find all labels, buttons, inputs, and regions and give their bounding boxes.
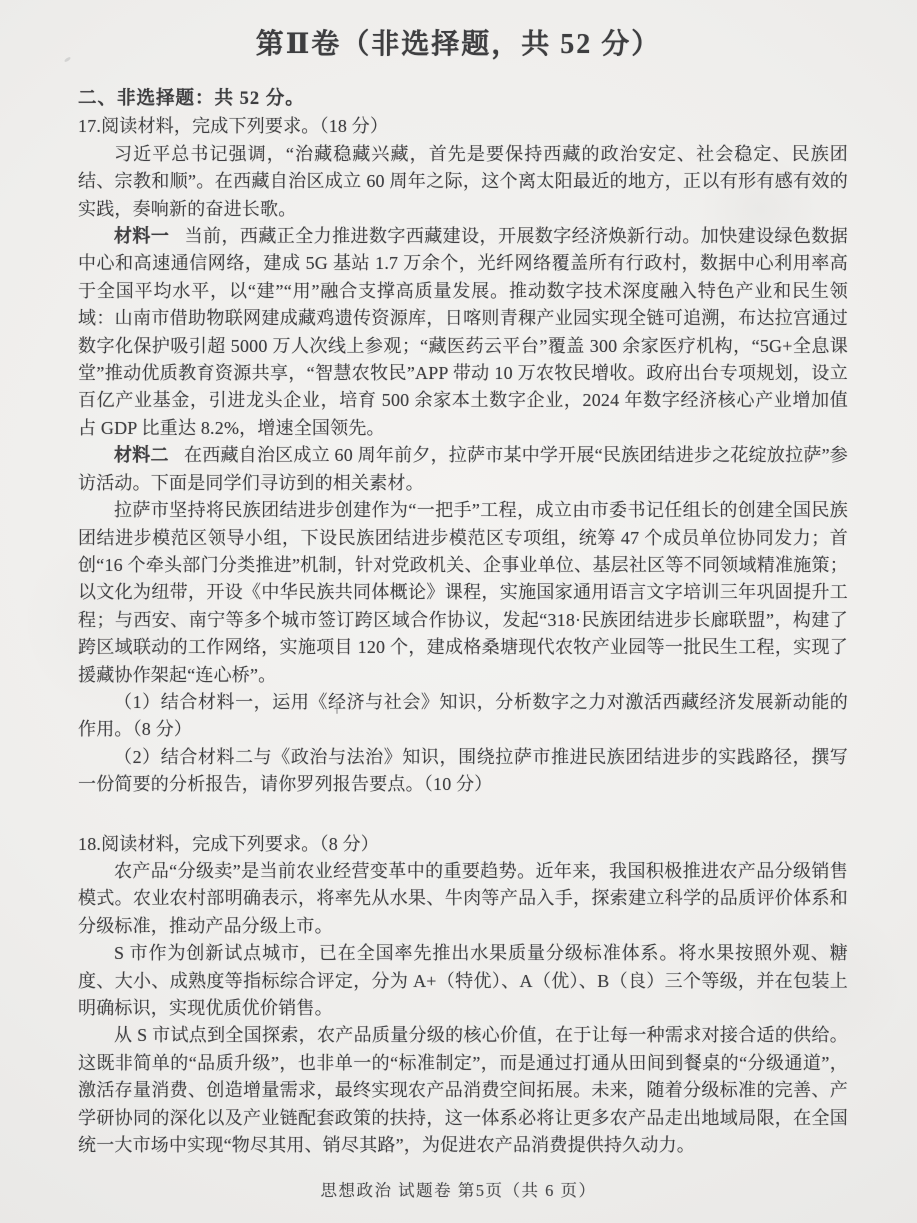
page-footer: 思想政治 试题卷 第5页（共 6 页） — [0, 1177, 917, 1201]
section-heading: 二、非选择题：共 52 分。 — [78, 86, 848, 113]
page-title: 第Ⅱ卷（非选择题，共 52 分） — [0, 0, 917, 66]
material1-label: 材料一 — [114, 226, 169, 246]
exam-paper-page: 第Ⅱ卷（非选择题，共 52 分） 二、非选择题：共 52 分。 17.阅读材料，… — [0, 0, 917, 1223]
q18-paragraph-1: 农产品“分级卖”是当前农业经营变革中的重要趋势。近年来，我国积极推进农产品分级销… — [78, 858, 848, 940]
q18-paragraph-2: S 市作为创新试点城市，已在全国率先推出水果质量分级标准体系。将水果按照外观、糖… — [78, 940, 848, 1022]
material2-text: 在西藏自治区成立 60 周年前夕，拉萨市某中学开展“民族团结进步之花绽放拉萨”参… — [78, 445, 848, 492]
material1-text: 当前，西藏正全力推进数字西藏建设，开展数字经济焕新行动。加快建设绿色数据中心和高… — [78, 226, 848, 438]
exam-body: 二、非选择题：共 52 分。 17.阅读材料，完成下列要求。（18 分） 习近平… — [78, 86, 848, 1159]
q17-material2-detail: 拉萨市坚持将民族团结进步创建作为“一把手”工程，成立由市委书记任组长的创建全国民… — [78, 497, 848, 689]
scan-artifact-mark — [336, 703, 338, 714]
q18-block: 18.阅读材料，完成下列要求。（8 分） 农产品“分级卖”是当前农业经营变革中的… — [78, 831, 848, 1160]
q17-material1: 材料一当前，西藏正全力推进数字西藏建设，开展数字经济焕新行动。加快建设绿色数据中… — [78, 223, 848, 442]
q17-material2: 材料二在西藏自治区成立 60 周年前夕，拉萨市某中学开展“民族团结进步之花绽放拉… — [78, 442, 848, 497]
q18-stem: 18.阅读材料，完成下列要求。（8 分） — [78, 831, 848, 858]
q17-subquestion-2: （2）结合材料二与《政治与法治》知识，围绕拉萨市推进民族团结进步的实践路径，撰写… — [78, 744, 848, 799]
q17-subquestion-1: （1）结合材料一，运用《经济与社会》知识，分析数字之力对激活西藏经济发展新动能的… — [78, 689, 848, 744]
material2-label: 材料二 — [114, 445, 169, 465]
q18-paragraph-3: 从 S 市试点到全国探索，农产品质量分级的核心价值，在于让每一种需求对接合适的供… — [78, 1022, 848, 1159]
q17-stem: 17.阅读材料，完成下列要求。（18 分） — [78, 113, 848, 140]
q17-intro: 习近平总书记强调，“治藏稳藏兴藏，首先是要保持西藏的政治安定、社会稳定、民族团结… — [78, 141, 848, 223]
